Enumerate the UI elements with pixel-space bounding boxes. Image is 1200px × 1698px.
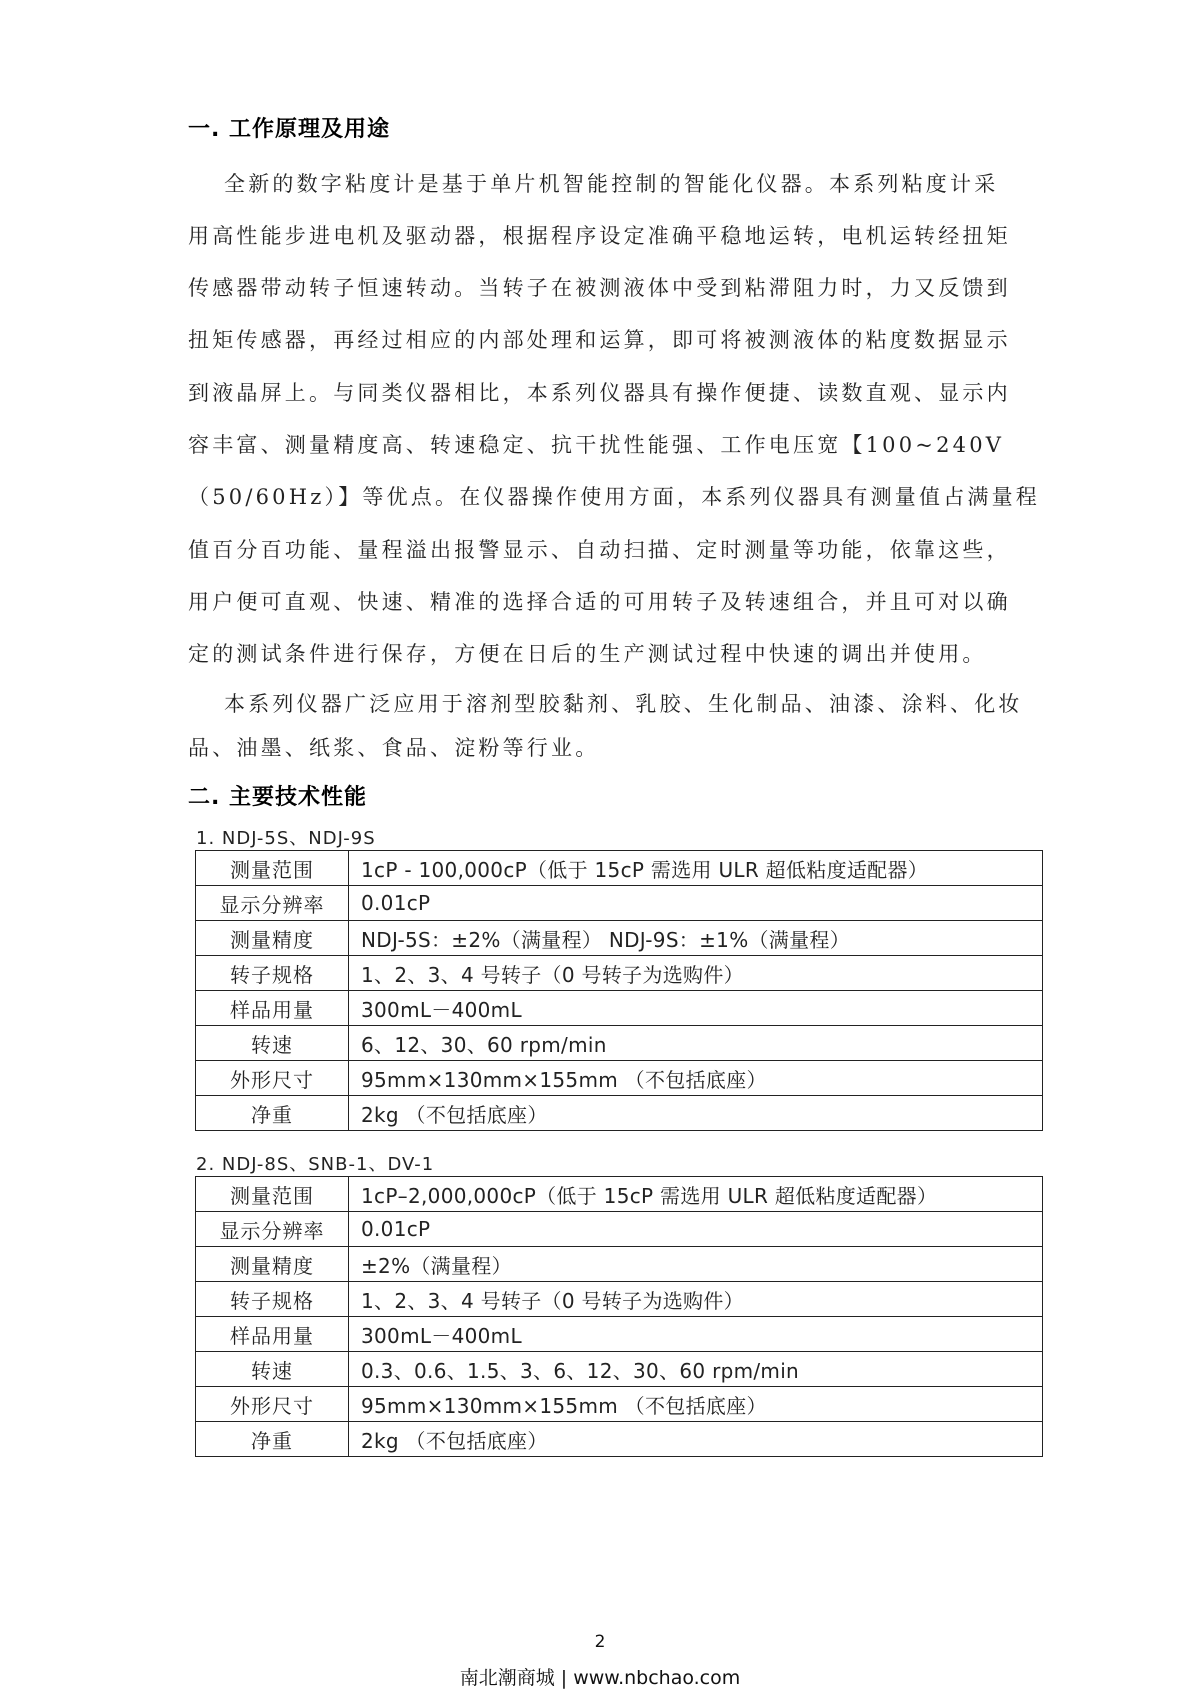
paragraph-line: （50/60Hz）】等优点。在仪器操作使用方面，本系列仪器具有测量值占满量程: [188, 481, 1040, 511]
spec-value: 2kg （不包括底座）: [349, 1422, 1043, 1457]
footer-site-link[interactable]: 南北潮商城 | www.nbchao.com: [0, 1663, 1200, 1690]
table-row: 测量范围 1cP–2,000,000cP（低于 15cP 需选用 ULR 超低粘…: [196, 1177, 1043, 1212]
table-row: 净重 2kg （不包括底座）: [196, 1422, 1043, 1457]
spec-label: 测量精度: [196, 921, 349, 956]
table-row: 测量精度 ±2%（满量程）: [196, 1247, 1043, 1282]
table-row: 转速 6、12、30、60 rpm/min: [196, 1026, 1043, 1061]
spec-value: 1、2、3、4 号转子（0 号转子为选购件）: [349, 1282, 1043, 1317]
paragraph-line: 品、油墨、纸浆、食品、淀粉等行业。: [188, 732, 599, 762]
spec-value: 300mL－400mL: [349, 991, 1043, 1026]
spec-label: 转子规格: [196, 956, 349, 991]
section-heading-principle: 一. 工作原理及用途: [188, 112, 390, 143]
table-row: 显示分辨率 0.01cP: [196, 886, 1043, 921]
table-row: 转子规格 1、2、3、4 号转子（0 号转子为选购件）: [196, 956, 1043, 991]
paragraph-line: 用户便可直观、快速、精准的选择合适的可用转子及转速组合，并且可对以确: [188, 586, 1011, 616]
spec-label: 显示分辨率: [196, 1212, 349, 1247]
spec-table-ndj5s: 测量范围 1cP - 100,000cP（低于 15cP 需选用 ULR 超低粘…: [195, 850, 1043, 1131]
paragraph-line: 值百分百功能、量程溢出报警显示、自动扫描、定时测量等功能，依靠这些，: [188, 534, 1011, 564]
spec-value: 300mL－400mL: [349, 1317, 1043, 1352]
spec-label: 样品用量: [196, 1317, 349, 1352]
table-row: 转速 0.3、0.6、1.5、3、6、12、30、60 rpm/min: [196, 1352, 1043, 1387]
spec-value: 1、2、3、4 号转子（0 号转子为选购件）: [349, 956, 1043, 991]
spec-label: 外形尺寸: [196, 1061, 349, 1096]
spec-label: 测量精度: [196, 1247, 349, 1282]
spec-value: 0.01cP: [349, 1212, 1043, 1247]
paragraph-line: 用高性能步进电机及驱动器，根据程序设定准确平稳地运转，电机运转经扭矩: [188, 220, 1011, 250]
spec-label: 测量范围: [196, 851, 349, 886]
paragraph-line: 扭矩传感器，再经过相应的内部处理和运算，即可将被测液体的粘度数据显示: [188, 324, 1011, 354]
spec-label: 净重: [196, 1422, 349, 1457]
table-title-ndj8s: 2. NDJ-8S、SNB-1、DV-1: [196, 1150, 434, 1176]
section-heading-specs: 二. 主要技术性能: [188, 780, 367, 811]
spec-value: NDJ-5S：±2%（满量程） NDJ-9S：±1%（满量程）: [349, 921, 1043, 956]
spec-label: 样品用量: [196, 991, 349, 1026]
paragraph-line: 定的测试条件进行保存，方便在日后的生产测试过程中快速的调出并使用。: [188, 638, 987, 668]
spec-label: 转子规格: [196, 1282, 349, 1317]
spec-value: 95mm×130mm×155mm （不包括底座）: [349, 1061, 1043, 1096]
table-row: 外形尺寸 95mm×130mm×155mm （不包括底座）: [196, 1061, 1043, 1096]
spec-label: 测量范围: [196, 1177, 349, 1212]
table-row: 测量范围 1cP - 100,000cP（低于 15cP 需选用 ULR 超低粘…: [196, 851, 1043, 886]
page-number: 2: [0, 1632, 1200, 1652]
spec-value: 6、12、30、60 rpm/min: [349, 1026, 1043, 1061]
table-title-ndj5s: 1. NDJ-5S、NDJ-9S: [196, 824, 376, 850]
spec-label: 净重: [196, 1096, 349, 1131]
table-row: 净重 2kg （不包括底座）: [196, 1096, 1043, 1131]
paragraph-line: 到液晶屏上。与同类仪器相比，本系列仪器具有操作便捷、读数直观、显示内: [188, 377, 1011, 407]
spec-value: 2kg （不包括底座）: [349, 1096, 1043, 1131]
spec-value: 1cP - 100,000cP（低于 15cP 需选用 ULR 超低粘度适配器）: [349, 851, 1043, 886]
spec-value: 95mm×130mm×155mm （不包括底座）: [349, 1387, 1043, 1422]
spec-value: 0.01cP: [349, 886, 1043, 921]
spec-value: 1cP–2,000,000cP（低于 15cP 需选用 ULR 超低粘度适配器）: [349, 1177, 1043, 1212]
spec-label: 外形尺寸: [196, 1387, 349, 1422]
document-page: 一. 工作原理及用途 全新的数字粘度计是基于单片机智能控制的智能化仪器。本系列粘…: [0, 0, 1200, 1698]
table-row: 显示分辨率 0.01cP: [196, 1212, 1043, 1247]
spec-label: 转速: [196, 1352, 349, 1387]
table-row: 转子规格 1、2、3、4 号转子（0 号转子为选购件）: [196, 1282, 1043, 1317]
table-row: 测量精度 NDJ-5S：±2%（满量程） NDJ-9S：±1%（满量程）: [196, 921, 1043, 956]
paragraph-line: 传感器带动转子恒速转动。当转子在被测液体中受到粘滞阻力时，力又反馈到: [188, 272, 1011, 302]
table-row: 外形尺寸 95mm×130mm×155mm （不包括底座）: [196, 1387, 1043, 1422]
spec-value: 0.3、0.6、1.5、3、6、12、30、60 rpm/min: [349, 1352, 1043, 1387]
table-row: 样品用量 300mL－400mL: [196, 1317, 1043, 1352]
paragraph-line: 本系列仪器广泛应用于溶剂型胶黏剂、乳胶、生化制品、油漆、涂料、化妆: [224, 688, 1023, 718]
spec-label: 转速: [196, 1026, 349, 1061]
spec-table-ndj8s: 测量范围 1cP–2,000,000cP（低于 15cP 需选用 ULR 超低粘…: [195, 1176, 1043, 1457]
paragraph-line: 容丰富、测量精度高、转速稳定、抗干扰性能强、工作电压宽【100~240V: [188, 429, 1004, 459]
paragraph-line: 全新的数字粘度计是基于单片机智能控制的智能化仪器。本系列粘度计采: [224, 168, 998, 198]
table-row: 样品用量 300mL－400mL: [196, 991, 1043, 1026]
spec-value: ±2%（满量程）: [349, 1247, 1043, 1282]
spec-label: 显示分辨率: [196, 886, 349, 921]
